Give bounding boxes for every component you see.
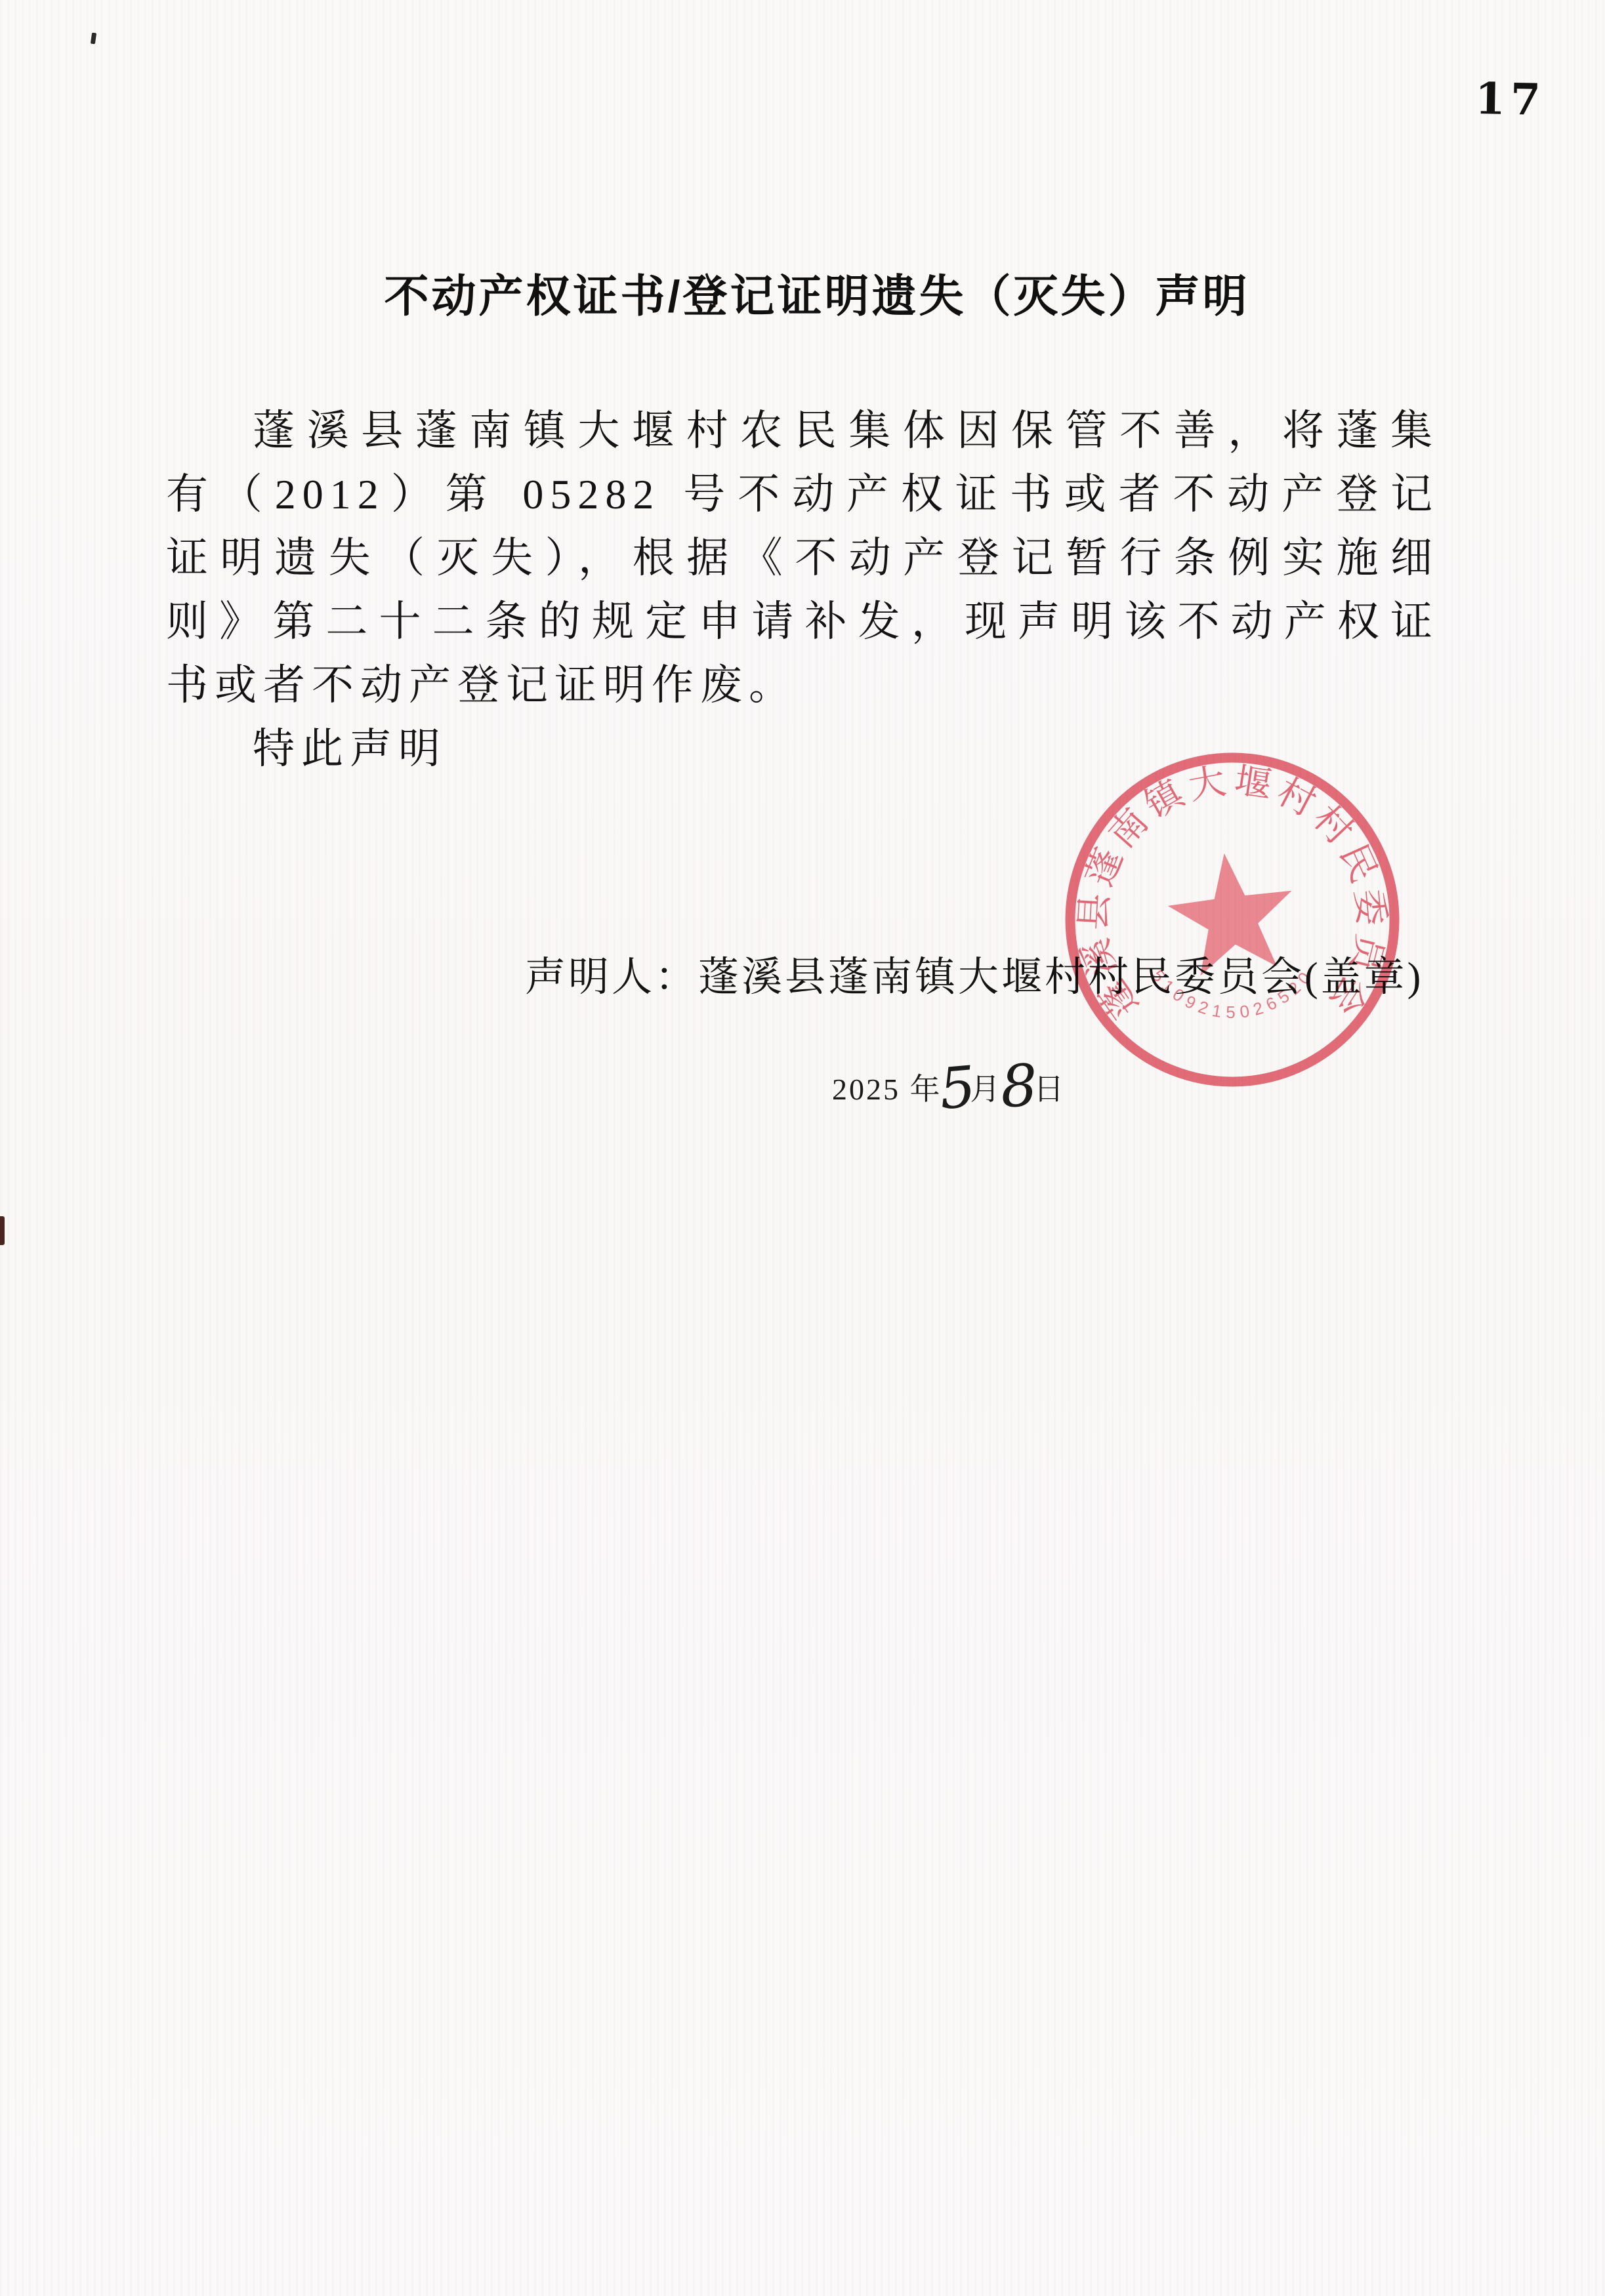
date-day-label: 日 [1033, 1073, 1066, 1106]
body-line-closing: 特此声明 [166, 717, 1439, 781]
body-line-4: 则》第二十二条的规定申请补发，现声明该不动产权证 [166, 590, 1439, 653]
official-red-seal: 蓬溪县蓬南镇大堰村村民委员会 5109215026520 [1049, 736, 1416, 1103]
body-line-5: 书或者不动产登记证明作废。 [166, 653, 1439, 717]
date-month-handwritten: 5 [938, 1066, 977, 1111]
date-line: 2025 年5月8日 [832, 1059, 1066, 1111]
document-title: 不动产权证书/登记证明遗失（灭失）声明 [14, 261, 1605, 325]
declaration-body: 蓬溪县蓬南镇大堰村农民集体因保管不善，将蓬集 有（2012）第 05282 号不… [166, 399, 1439, 781]
body-line-1: 蓬溪县蓬南镇大堰村农民集体因保管不善，将蓬集 [166, 399, 1439, 462]
scanned-document-page: 17 不动产权证书/登记证明遗失（灭失）声明 蓬溪县蓬南镇大堰村农民集体因保管不… [0, 0, 1605, 2296]
body-line-3: 证明遗失（灭失），根据《不动产登记暂行条例实施细 [166, 526, 1439, 590]
body-line-2: 有（2012）第 05282 号不动产权证书或者不动产登记 [166, 462, 1439, 526]
date-day-handwritten: 8 [1000, 1065, 1039, 1109]
declarant-signature-line: 声明人：蓬溪县蓬南镇大堰村村民委员会(盖章) [525, 951, 1423, 1004]
seal-outer-ring [1070, 758, 1394, 1082]
date-year: 2025 [832, 1073, 900, 1106]
scan-artifact-edge-mark [0, 1216, 5, 1245]
scan-artifact-speck [91, 33, 96, 45]
date-year-label: 年 [910, 1073, 942, 1106]
page-number: 17 [1474, 73, 1546, 125]
